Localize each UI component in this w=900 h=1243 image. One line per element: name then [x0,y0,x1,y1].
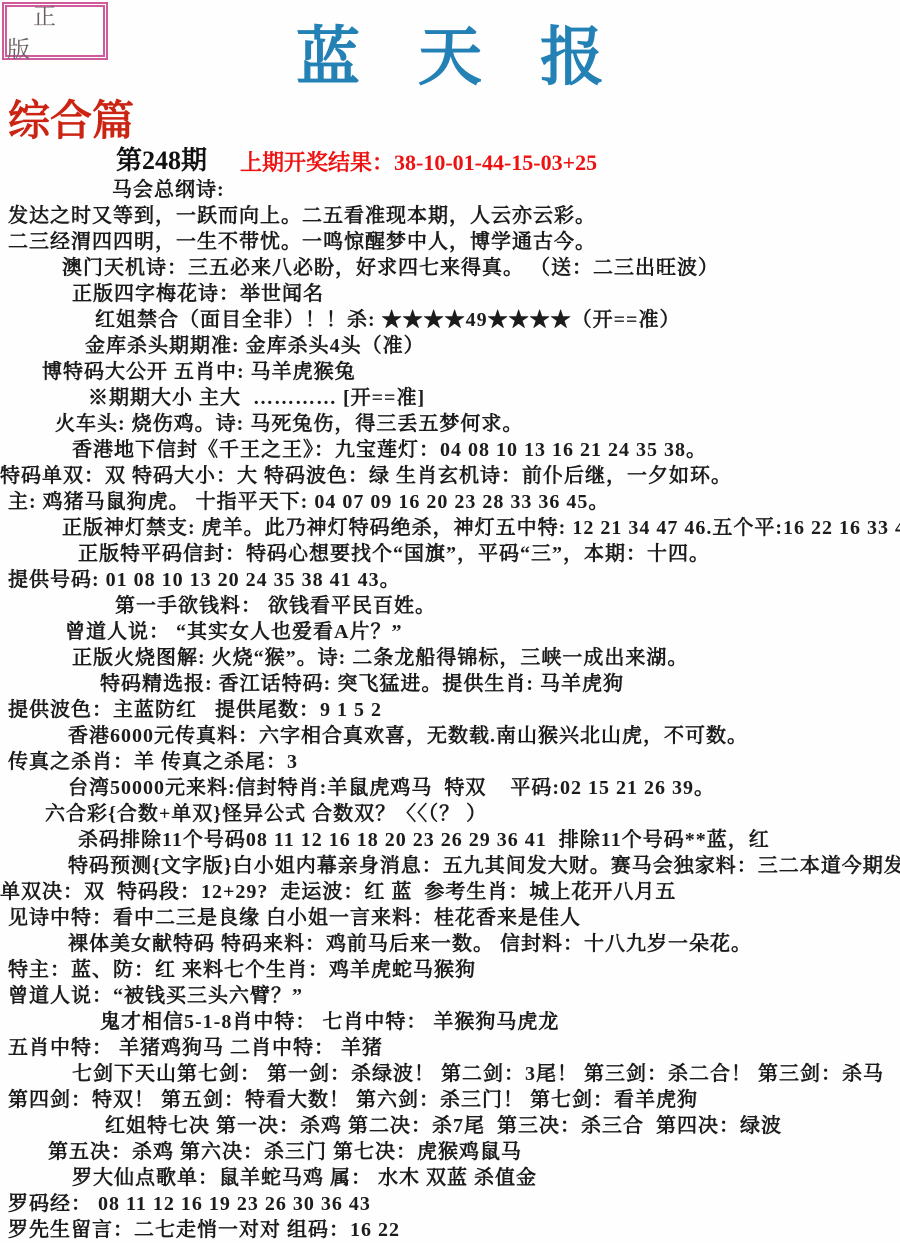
text-line: 罗先生留言：二七走悄一对对 组码：16 22 [0,1217,900,1243]
text-line: 金库杀头期期准: 金库杀头4头（准） [0,333,900,359]
text-line: 马会总纲诗: [0,177,900,203]
text-line: 澳门天机诗：三五必来八必盼，好求四七来得真。 （送：二三出旺波） [0,255,900,281]
text-line: 罗大仙点歌单：鼠羊蛇马鸡 属： 水木 双蓝 杀值金 [0,1165,900,1191]
text-line: 特码精选报: 香江话特码: 突飞猛进。提供生肖: 马羊虎狗 [0,671,900,697]
text-line: 博特码大公开 五肖中: 马羊虎猴兔 [0,359,900,385]
text-line: 曾道人说：“被钱买三头六臂？” [0,983,900,1009]
text-line: 传真之杀肖：羊 传真之杀尾：3 [0,749,900,775]
page-title: 蓝天报 [0,6,900,98]
text-line: 罗码经： 08 11 12 16 19 23 26 30 36 43 [0,1191,900,1217]
text-line: 第一手欲钱料： 欲钱看平民百姓。 [0,593,900,619]
text-line: 正版特平码信封：特码心想要找个“国旗”，平码“三”，本期：十四。 [0,541,900,567]
text-line: 杀码排除11个号码08 11 12 16 18 20 23 26 29 36 4… [0,827,900,853]
text-line: 五肖中特： 羊猪鸡狗马 二肖中特： 羊猪 [0,1035,900,1061]
text-line: 红姐特七决 第一决：杀鸡 第二决：杀7尾 第三决：杀三合 第四决：绿波 [0,1113,900,1139]
body-lines: 马会总纲诗:发达之时又等到，一跃而向上。二五看准现本期，人云亦云彩。二三经渭四四… [0,177,900,1243]
text-line: ※期期大小 主大 ………… [开==准] [0,385,900,411]
text-line: 裸体美女献特码 特码来料：鸡前马后来一数。 信封料：十八九岁一朵花。 [0,931,900,957]
text-line: 提供号码: 01 08 10 13 20 24 35 38 41 43。 [0,567,900,593]
text-line: 火车头: 烧伤鸡。诗: 马死兔伤，得三丢五梦何求。 [0,411,900,437]
text-line: 二三经渭四四明，一生不带忧。一鸣惊醒梦中人，博学通古今。 [0,229,900,255]
newspaper-page: 正版 蓝天报 综合篇 第248期 上期开奖结果：38-10-01-44-15-0… [0,0,900,1243]
section-title: 综合篇 [8,88,134,148]
text-line: 香港6000元传真料：六字相合真欢喜，无数载.南山猴兴北山虎，不可数。 [0,723,900,749]
text-line: 单双决：双 特码段：12+29? 走运波：红 蓝 参考生肖：城上花开八月五 [0,879,900,905]
text-line: 鬼才相信5-1-8肖中特： 七肖中特： 羊猴狗马虎龙 [0,1009,900,1035]
issue-number: 第248期 [116,140,207,177]
text-line: 台湾50000元来料:信封特肖:羊鼠虎鸡马 特双 平码:02 15 21 26 … [0,775,900,801]
text-line: 正版火烧图解: 火烧“猴”。诗: 二条龙船得锦标，三峡一成出来湖。 [0,645,900,671]
text-line: 正版四字梅花诗：举世闻名 [0,281,900,307]
text-line: 六合彩{合数+单双}怪异公式 合数双？〈〈（？ ） [0,801,900,827]
text-line: 提供波色：主蓝防红 提供尾数：9 1 5 2 [0,697,900,723]
text-line: 见诗中特：看中二三是良缘 白小姐一言来料：桂花香来是佳人 [0,905,900,931]
text-line: 特码预测{文字版}白小姐内幕亲身消息：五九其间发大财。赛马会独家料：三二本道今期… [0,853,900,879]
text-line: 香港地下信封《千王之王》：九宝莲灯：04 08 10 13 16 21 24 3… [0,437,900,463]
text-line: 七剑下天山第七剑： 第一剑：杀绿波！ 第二剑：3尾！ 第三剑：杀二合！ 第三剑：… [0,1061,900,1087]
previous-draw-result: 上期开奖结果：38-10-01-44-15-03+25 [240,146,597,177]
text-line: 主: 鸡猪马鼠狗虎。 十指平天下: 04 07 09 16 20 23 28 3… [0,489,900,515]
text-line: 正版神灯禁支: 虎羊。此乃神灯特码绝杀，神灯五中特: 12 21 34 47 4… [0,515,900,541]
text-line: 发达之时又等到，一跃而向上。二五看准现本期，人云亦云彩。 [0,203,900,229]
text-line: 特码单双：双 特码大小：大 特码波色：绿 生肖玄机诗：前仆后继，一夕如环。 [0,463,900,489]
text-line: 第四剑：特双！ 第五剑：特看大数！ 第六剑：杀三门！ 第七剑：看羊虎狗 [0,1087,900,1113]
text-line: 特主：蓝、防：红 来料七个生肖：鸡羊虎蛇马猴狗 [0,957,900,983]
text-line: 第五决：杀鸡 第六决：杀三门 第七决：虎猴鸡鼠马 [0,1139,900,1165]
text-line: 曾道人说： “其实女人也爱看A片？” [0,619,900,645]
text-line: 红姐禁合（面目全非）！！杀: ★★★★49★★★★（开==准） [0,307,900,333]
